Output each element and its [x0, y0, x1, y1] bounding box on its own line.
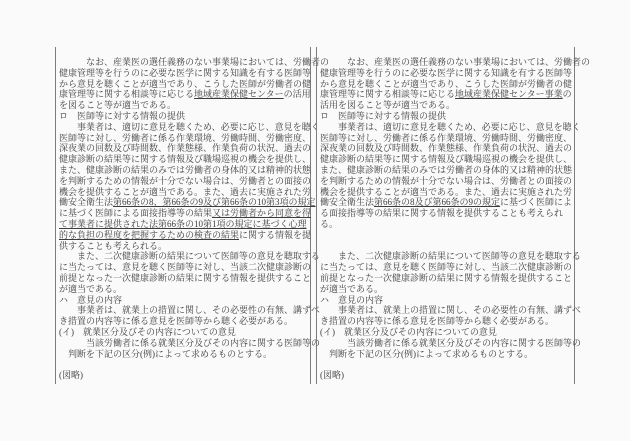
text-line: (図略)	[59, 370, 310, 381]
text-line: 事業者は、適切に意見を聴くため、必要に応じ、意見を聴く	[59, 122, 310, 133]
text-line: 事業者は、適切に意見を聴くため、必要に応じ、意見を聴く	[320, 122, 574, 133]
text-segment: に基づく医師による面接指導等の結果	[59, 208, 212, 218]
text-line: 事業者は、就業上の措置に関し、その必要性の有無、講ずべ	[320, 305, 574, 316]
text-line: 医師等に対し、労働者に係る作業環境、労働時間、労働密度、	[59, 133, 310, 144]
text-line: 康管理等に関する相談等に応じる地域産業保健センター事業の	[320, 89, 574, 100]
text-line: 深夜業の回数及び時間数、作業態様、作業負荷の状況、過去の	[59, 143, 310, 154]
text-segment: の	[563, 89, 572, 99]
text-line: て事業者に提供された法第66条の10第1項の規定に基づく心理	[59, 219, 310, 230]
text-line	[59, 359, 310, 370]
text-line: なお、産業医の選任義務のない事業場においては、労働者の	[59, 57, 310, 68]
text-line: 判断を下記の区分(例)によって求めるものとする。	[59, 349, 310, 360]
text-line: 供することも考えられる。	[59, 241, 310, 252]
text-line: 働安全衛生法第66条の8、第66条の9及び第66条の10第3項の規定	[59, 197, 310, 208]
text-line: また、二次健康診断の結果について医師等の意見を聴取する	[59, 251, 310, 262]
text-line: る。	[320, 219, 574, 230]
text-line: 当該労働者に係る就業区分及びその内容に関する医師等の	[59, 338, 310, 349]
text-line: (イ) 就業区分及びその内容についての意見	[59, 327, 310, 338]
text-line: 康管理等に関する相談等に応じる地域産業保健センターの活用	[59, 89, 310, 100]
text-line: 働安全衛生法第66条の8及び第66条の9の規定に基づく医師によ	[320, 197, 574, 208]
text-line: から意見を聴くことが適当であり、こうした医師が労働者の健	[320, 79, 574, 90]
text-line: ロ 医師等に対する情報の提供	[59, 111, 310, 122]
text-line: 機会を提供することが適当である。また、過去に実施された労	[320, 187, 574, 198]
text-line: (イ) 就業区分及びその内容についての意見	[320, 327, 574, 338]
text-line: 医師等に対し、労働者に係る作業環境、労働時間、労働密度、	[320, 133, 574, 144]
text-line: 当該労働者に係る就業区分及びその内容に関する医師等の	[320, 338, 574, 349]
revision-underline: 第66条の8、第66条の9及び第66条の10第3項の規定	[113, 197, 316, 207]
text-segment: 康管理等に関する相談等に応じる	[59, 89, 194, 99]
text-line: 健康管理等を行うのに必要な医学に関する知識を有する医師等	[320, 68, 574, 79]
text-line: 事業者は、就業上の措置に関し、その必要性の有無、講ずべ	[59, 305, 310, 316]
revision-underline: て事業者に提供された法第66条の10第1項の規定に基づく心理	[59, 219, 307, 229]
text-line: に基づく医師による面接指導等の結果又は労働者から同意を得	[59, 208, 310, 219]
text-line: き措置の内容等に係る意見を医師等から聴く必要がある。	[59, 316, 310, 327]
text-line: を判断するための情報が十分でない場合は、労働者との面接の	[59, 176, 310, 187]
text-line: を図ること等が適当である。	[59, 100, 310, 111]
text-line	[320, 230, 574, 241]
text-line: ロ 医師等に対する情報の提供	[320, 111, 574, 122]
text-line: ハ 意見の内容	[59, 295, 310, 306]
text-line: 判断を下記の区分(例)によって求めるものとする。	[320, 349, 574, 360]
text-line: 深夜業の回数及び時間数、作業態様、作業負荷の状況、過去の	[320, 143, 574, 154]
text-line: また、健康診断の結果のみでは労働者の身体的又は精神的状態	[320, 165, 574, 176]
revision-underline: 地域産業保健センター事業	[455, 89, 563, 99]
text-line: なお、産業医の選任義務のない事業場においては、労働者の	[320, 57, 574, 68]
column-current-text: なお、産業医の選任義務のない事業場においては、労働者の健康管理等を行うのに必要な…	[316, 47, 575, 384]
text-line	[320, 241, 574, 252]
text-line: に当たっては、意見を聴く医師等に対し、当該二次健康診断の	[59, 262, 310, 273]
document-page: なお、産業医の選任義務のない事業場においては、労働者の健康管理等を行うのに必要な…	[0, 0, 630, 441]
text-segment: 康管理等に関する相談等に応じる	[320, 89, 455, 99]
text-line: き措置の内容等に係る意見を医師等から聴く必要がある。	[320, 316, 574, 327]
text-segment: に基づく医師によ	[500, 197, 572, 207]
text-line: 前提となった一次健康診断の結果に関する情報を提供すること	[59, 273, 310, 284]
text-line: ハ 意見の内容	[320, 295, 574, 306]
text-line: から意見を聴くことが適当であり、こうした医師が労働者の健	[59, 79, 310, 90]
text-line: 健康診断の結果等に関する情報及び職場巡視の機会を提供し、	[320, 154, 574, 165]
text-segment: 働安全衛生法	[320, 197, 374, 207]
text-segment: 働安全衛生法	[59, 197, 113, 207]
text-line: が適当である。	[59, 284, 310, 295]
revision-underline: 第66条の8及び第66条の9の規定	[374, 197, 500, 207]
text-line: 健康診断の結果等に関する情報及び職場巡視の機会を提供し、	[59, 154, 310, 165]
text-segment: に関する情報を提	[239, 230, 311, 240]
revision-underline: 的な負担の程度を把握するための検査の結果	[59, 230, 239, 240]
column-amended-text: なお、産業医の選任義務のない事業場においては、労働者の健康管理等を行うのに必要な…	[55, 47, 311, 384]
revision-underline: 又は労働者から同意を得	[212, 208, 311, 218]
text-line: に当たっては、意見を聴く医師等に対し、当該二次健康診断の	[320, 262, 574, 273]
text-line: 活用を図ること等が適当である。	[320, 100, 574, 111]
text-line: る面接指導等の結果に関する情報を提供することも考えられ	[320, 208, 574, 219]
text-line: 的な負担の程度を把握するための検査の結果に関する情報を提	[59, 230, 310, 241]
revision-underline: 地域産業保健センター	[194, 89, 284, 99]
text-line: また、健康診断の結果のみでは労働者の身体的又は精神的状態	[59, 165, 310, 176]
text-line: を判断するための情報が十分でない場合は、労働者との面接の	[320, 176, 574, 187]
text-line: 健康管理等を行うのに必要な医学に関する知識を有する医師等	[59, 68, 310, 79]
text-line: また、二次健康診断の結果について医師等の意見を聴取する	[320, 251, 574, 262]
text-line	[320, 359, 574, 370]
text-line: が適当である。	[320, 284, 574, 295]
text-line: (図略)	[320, 370, 574, 381]
text-line: 前提となった一次健康診断の結果に関する情報を提供すること	[320, 273, 574, 284]
text-segment: の活用	[284, 89, 311, 99]
text-line: 機会を提供することが適当である。また、過去に実施された労	[59, 187, 310, 198]
